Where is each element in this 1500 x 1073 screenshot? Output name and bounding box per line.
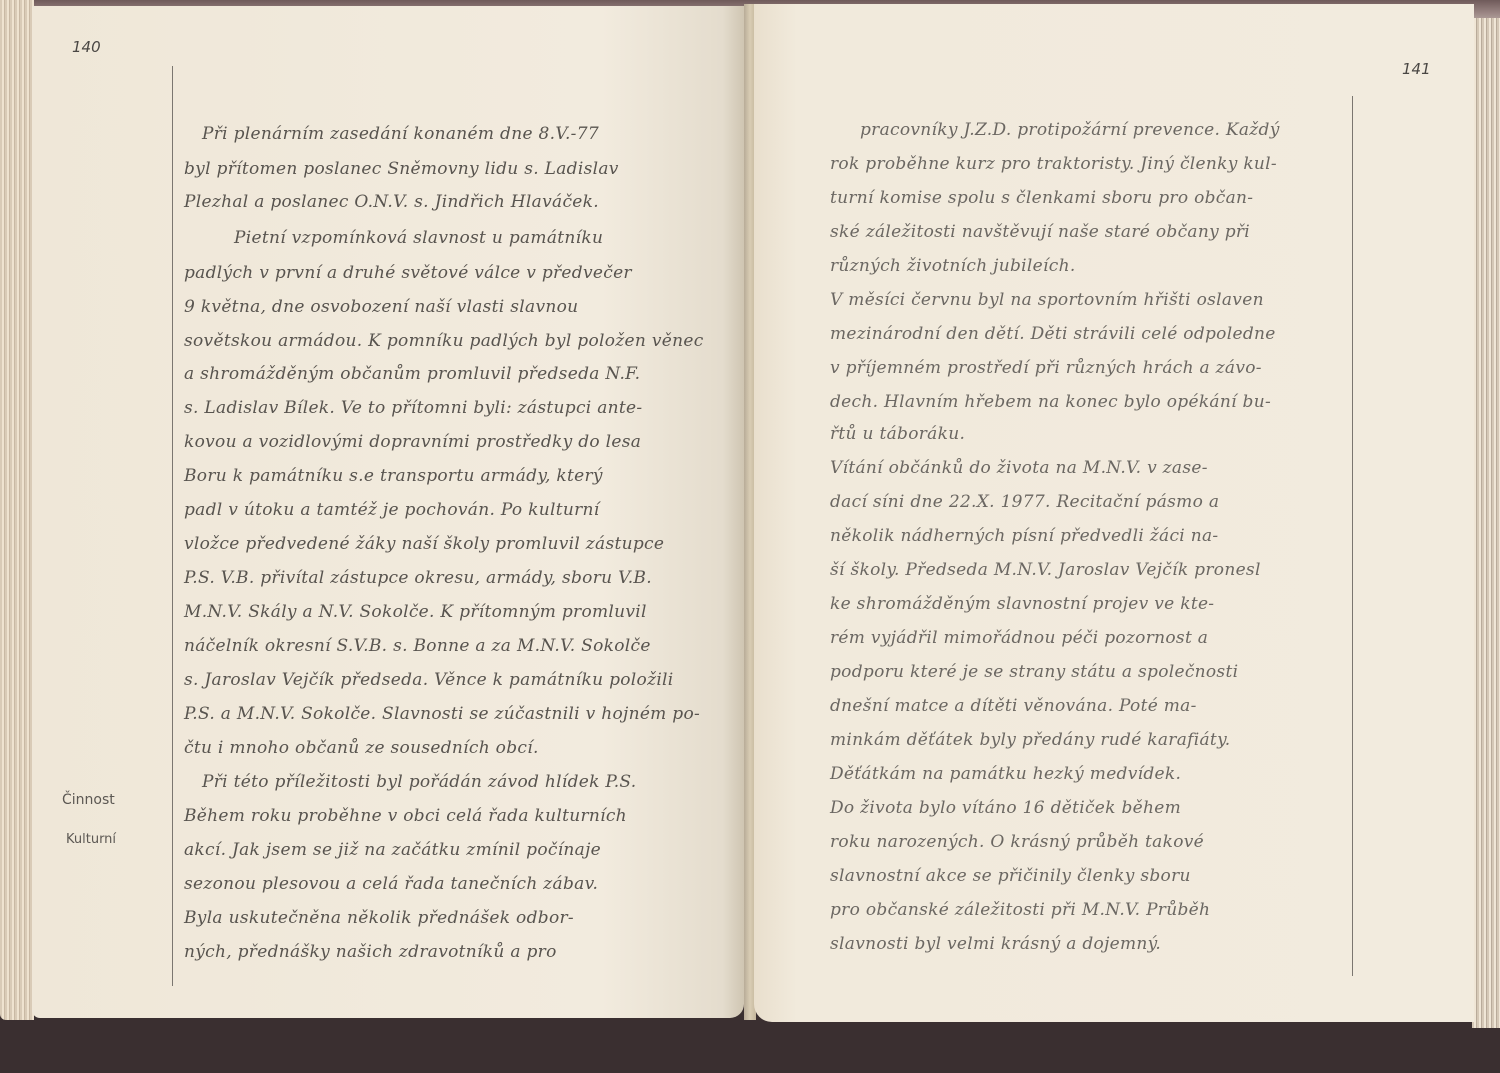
text-line: minkám děťátek byly předány rudé karafiá… xyxy=(830,730,1230,750)
text-line: sezonou plesovou a celá řada tanečních z… xyxy=(184,874,598,894)
text-line: slavnosti byl velmi krásný a dojemný. xyxy=(830,934,1161,954)
text-line: Plezhal a poslanec O.N.V. s. Jindřich Hl… xyxy=(184,192,599,212)
text-line: akcí. Jak jsem se již na začátku zmínil … xyxy=(184,840,601,860)
text-line: Děťátkám na památku hezký medvídek. xyxy=(830,764,1181,784)
margin-note-kulturni: Kulturní xyxy=(66,832,116,847)
page-number-left: 140 xyxy=(72,38,101,56)
text-line: 9 května, dne osvobození naší vlasti sla… xyxy=(184,297,578,317)
text-line: řtů u táboráku. xyxy=(830,424,965,444)
text-line: kovou a vozidlovými dopravními prostředk… xyxy=(184,432,641,452)
page-number-right: 141 xyxy=(1402,60,1431,78)
page-edges-left xyxy=(0,0,34,1020)
text-line: P.S. a M.N.V. Sokolče. Slavnosti se zúča… xyxy=(184,704,700,724)
text-line: byl přítomen poslanec Sněmovny lidu s. L… xyxy=(184,159,619,179)
text-line: mezinárodní den dětí. Děti strávili celé… xyxy=(830,324,1276,344)
text-line: rém vyjádřil mimořádnou péči pozornost a xyxy=(830,628,1208,648)
text-line: s. Ladislav Bílek. Ve to přítomni byli: … xyxy=(184,398,642,418)
text-line: dací síni dne 22.X. 1977. Recitační pásm… xyxy=(830,492,1219,512)
text-line: Vítání občánků do života na M.N.V. v zas… xyxy=(830,458,1208,478)
text-line: čtu i mnoho občanů ze sousedních obcí. xyxy=(184,738,539,758)
text-line: Byla uskutečněna několik přednášek odbor… xyxy=(184,908,574,928)
left-page: 140 Činnost Kulturní Při plenárním zased… xyxy=(32,6,744,1018)
text-line: roku narozených. O krásný průběh takové xyxy=(830,832,1204,852)
text-line: ské záležitosti navštěvují naše staré ob… xyxy=(830,222,1250,242)
text-line: P.S. V.B. přivítal zástupce okresu, armá… xyxy=(184,568,652,588)
margin-rule-left xyxy=(172,66,173,986)
text-line: různých životních jubileích. xyxy=(830,256,1076,276)
text-line: M.N.V. Skály a N.V. Sokolče. K přítomným… xyxy=(184,602,647,622)
page-edges-right xyxy=(1472,18,1500,1028)
text-line: Při plenárním zasedání konaném dne 8.V.-… xyxy=(202,124,599,144)
text-line: ší školy. Předseda M.N.V. Jaroslav Vejčí… xyxy=(830,560,1261,580)
text-line: Boru k památníku s.e transportu armády, … xyxy=(184,466,603,486)
margin-note-cinnost: Činnost xyxy=(62,792,115,808)
right-page: 141 pracovníky J.Z.D. protipožární preve… xyxy=(754,4,1474,1022)
text-line: ke shromážděným slavnostní projev ve kte… xyxy=(830,594,1214,614)
margin-rule-right xyxy=(1352,96,1353,976)
text-line: podporu které je se strany státu a spole… xyxy=(830,662,1238,682)
text-line: vložce předvedené žáky naší školy promlu… xyxy=(184,534,664,554)
text-line: Během roku proběhne v obci celá řada kul… xyxy=(184,806,627,826)
text-line: ných, přednášky našich zdravotníků a pro xyxy=(184,942,557,962)
text-line: rok proběhne kurz pro traktoristy. Jiný … xyxy=(830,154,1277,174)
text-line: pro občanské záležitosti při M.N.V. Průb… xyxy=(830,900,1210,920)
text-line: dech. Hlavním hřebem na konec bylo opéká… xyxy=(830,392,1271,412)
text-line: dnešní matce a dítěti věnována. Poté ma- xyxy=(830,696,1197,716)
text-line: slavnostní akce se přičinily členky sbor… xyxy=(830,866,1191,886)
text-line: Při této příležitosti byl pořádán závod … xyxy=(202,772,636,792)
text-line: Do života bylo vítáno 16 dětiček během xyxy=(830,798,1181,818)
text-line: několik nádherných písní předvedli žáci … xyxy=(830,526,1218,546)
text-line: V měsíci červnu byl na sportovním hřišti… xyxy=(830,290,1264,310)
text-line: a shromážděným občanům promluvil předsed… xyxy=(184,364,640,384)
text-line: pracovníky J.Z.D. protipožární prevence.… xyxy=(860,120,1280,140)
text-line: s. Jaroslav Vejčík předseda. Věnce k pam… xyxy=(184,670,674,690)
text-line: padlých v první a druhé světové válce v … xyxy=(184,263,632,283)
text-line: v příjemném prostředí při různých hrách … xyxy=(830,358,1262,378)
text-line: náčelník okresní S.V.B. s. Bonne a za M.… xyxy=(184,636,651,656)
text-line: turní komise spolu s členkami sboru pro … xyxy=(830,188,1253,208)
text-line: padl v útoku a tamtéž je pochován. Po ku… xyxy=(184,500,600,520)
text-line: Pietní vzpomínková slavnost u památníku xyxy=(234,228,603,248)
text-line: sovětskou armádou. K pomníku padlých byl… xyxy=(184,331,704,351)
